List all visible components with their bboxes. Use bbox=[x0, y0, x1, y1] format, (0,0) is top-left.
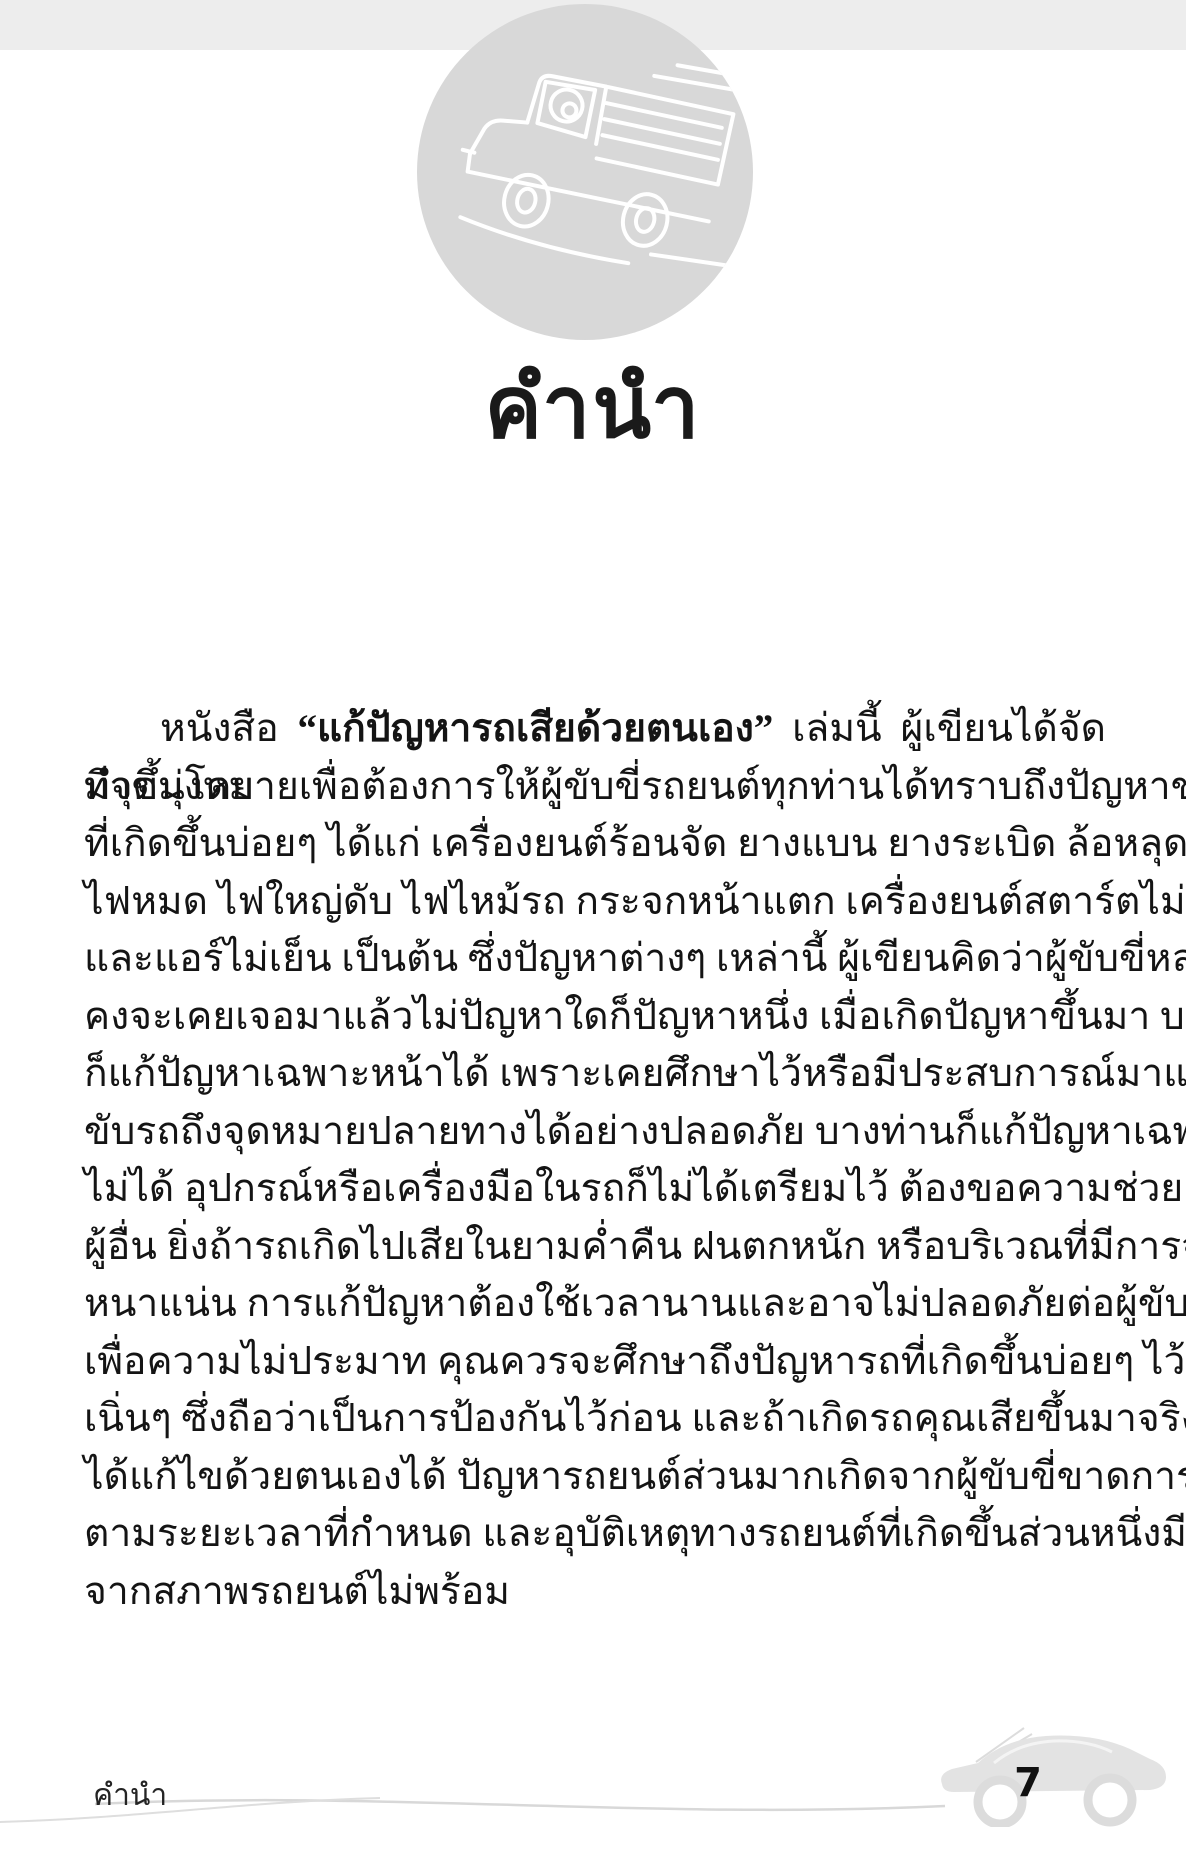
body-line: ก็แก้ปัญหาเฉพาะหน้าได้ เพราะเคยศึกษาไว้ห… bbox=[84, 1045, 1106, 1103]
footer-car-illustration: 7 bbox=[936, 1722, 1176, 1827]
body-line: และแอร์ไม่เย็น เป็นต้น ซึ่งปัญหาต่างๆ เห… bbox=[84, 930, 1106, 988]
preface-paragraph: หนังสือ “แก้ปัญหารถเสียด้วยตนเอง” เล่มนี… bbox=[84, 700, 1106, 1620]
body-line: ไม่ได้ อุปกรณ์หรือเครื่องมือในรถก็ไม่ได้… bbox=[84, 1160, 1106, 1218]
footer-section-label: คำนำ bbox=[93, 1772, 167, 1819]
truck-with-driver-sketch-icon bbox=[417, 4, 753, 340]
body-line: เนิ่นๆ ซึ่งถือว่าเป็นการป้องกันไว้ก่อน แ… bbox=[84, 1390, 1106, 1448]
book-title-bold: “แก้ปัญหารถเสียด้วยตนเอง” bbox=[297, 707, 773, 750]
page-title: คำนำ bbox=[0, 348, 1186, 468]
body-line: เพื่อความไม่ประมาท คุณควรจะศึกษาถึงปัญหา… bbox=[84, 1333, 1106, 1391]
body-line: ผู้อื่น ยิ่งถ้ารถเกิดไปเสียในยามค่ำคืน ฝ… bbox=[84, 1218, 1106, 1276]
page-number: 7 bbox=[998, 1760, 1058, 1806]
header-illustration-circle bbox=[417, 4, 753, 340]
body-line: ขับรถถึงจุดหมายปลายทางได้อย่างปลอดภัย บา… bbox=[84, 1103, 1106, 1161]
body-line: ตามระยะเวลาที่กำหนด และอุบัติเหตุทางรถยน… bbox=[84, 1505, 1106, 1563]
body-line: ได้แก้ไขด้วยตนเองได้ ปัญหารถยนต์ส่วนมากเ… bbox=[84, 1448, 1106, 1506]
body-line: หนังสือ “แก้ปัญหารถเสียด้วยตนเอง” เล่มนี… bbox=[84, 700, 1106, 758]
book-page: คำนำ หนังสือ “แก้ปัญหารถเสียด้วยตนเอง” เ… bbox=[0, 0, 1186, 1867]
body-line: จากสภาพรถยนต์ไม่พร้อม bbox=[84, 1563, 1106, 1621]
body-line-prefix: หนังสือ bbox=[160, 707, 297, 750]
body-line: ที่เกิดขึ้นบ่อยๆ ได้แก่ เครื่องยนต์ร้อนจ… bbox=[84, 815, 1106, 873]
body-line: หนาแน่น การแก้ปัญหาต้องใช้เวลานานและอาจไ… bbox=[84, 1275, 1106, 1333]
body-line: ไฟหมด ไฟใหญ่ดับ ไฟไหม้รถ กระจกหน้าแตก เค… bbox=[84, 873, 1106, 931]
body-line: คงจะเคยเจอมาแล้วไม่ปัญหาใดก็ปัญหาหนึ่ง เ… bbox=[84, 988, 1106, 1046]
body-line: มีจุดมุ่งหมายเพื่อต้องการให้ผู้ขับขี่รถย… bbox=[84, 758, 1106, 816]
